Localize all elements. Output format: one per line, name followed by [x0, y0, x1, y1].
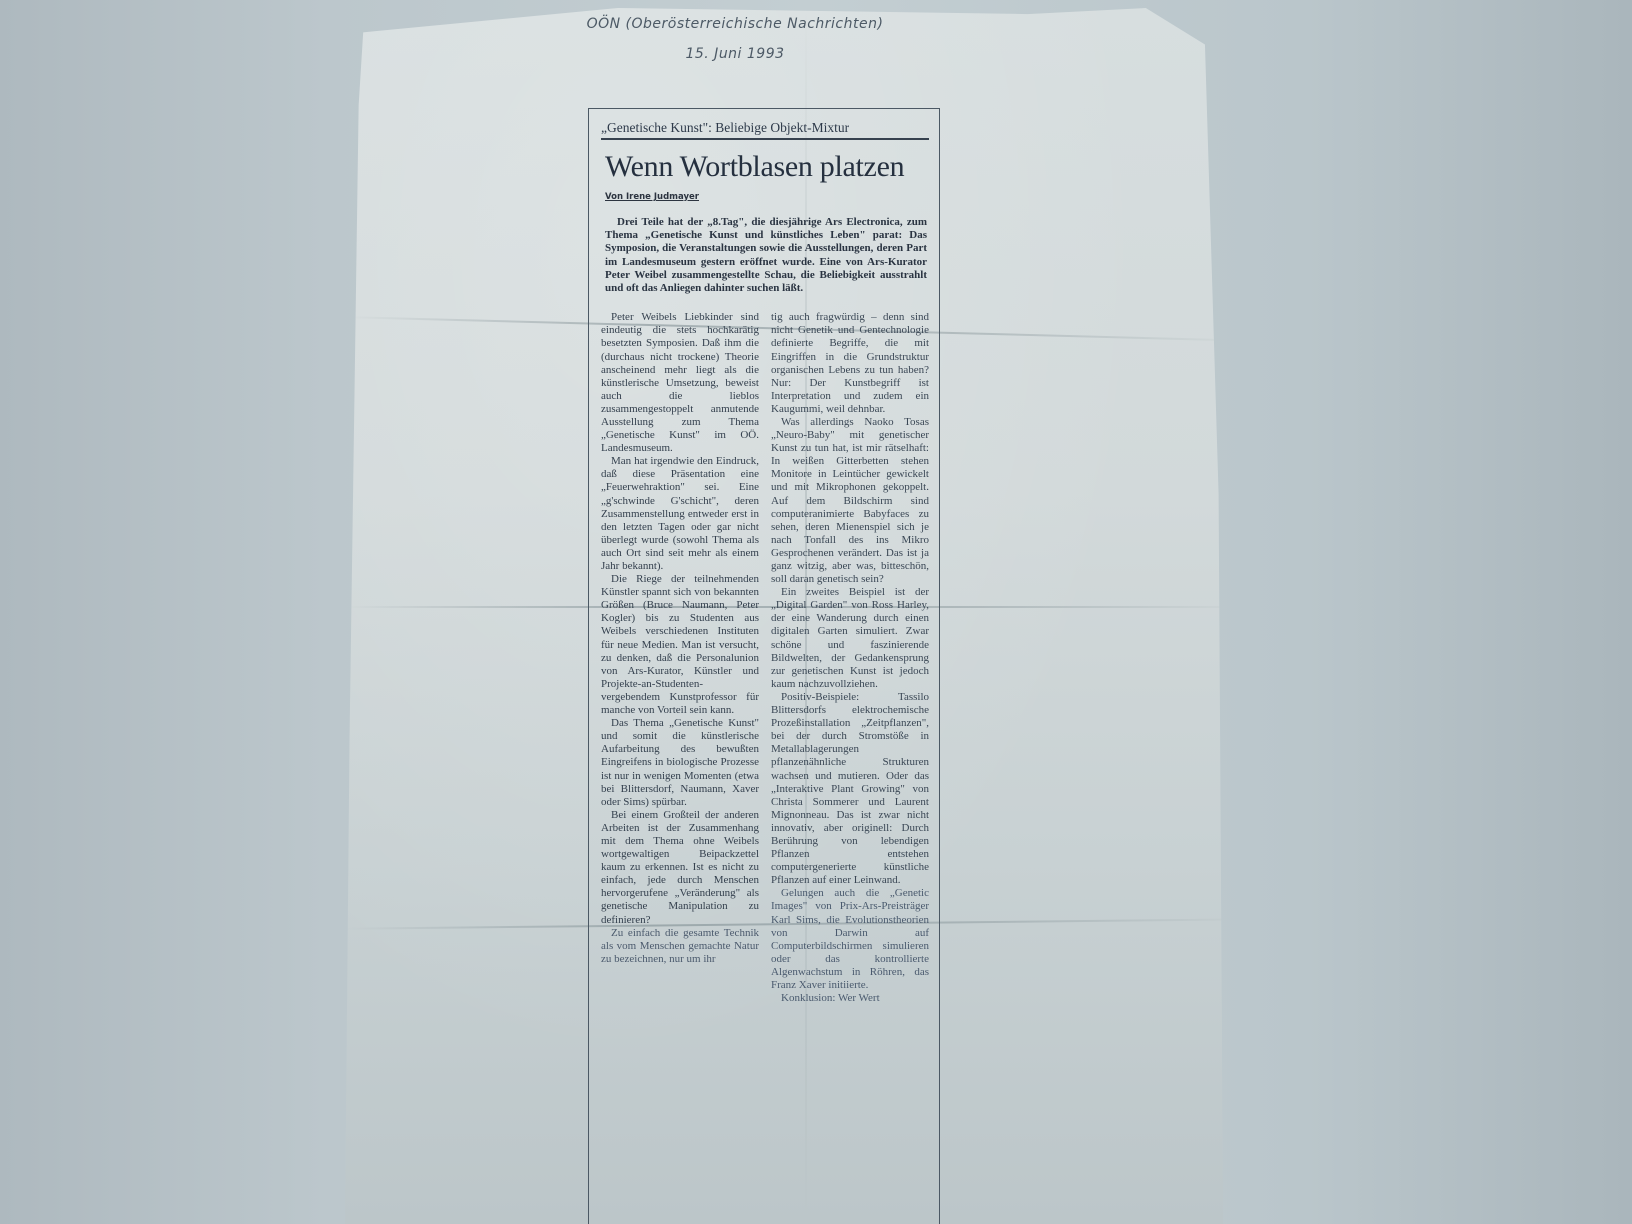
- paragraph: Zu einfach die gesamte Technik als vom M…: [601, 927, 759, 966]
- article-byline: Von Irene Judmayer: [605, 192, 939, 202]
- paragraph: Konklusion: Wer Wert: [771, 992, 929, 1005]
- article-column-right: tig auch fragwürdig – denn sind nicht Ge…: [771, 311, 929, 1005]
- article-headline: Wenn Wortblasen platzen: [605, 150, 929, 184]
- publication-name: OÖN (Oberösterreichische Nachrichten): [587, 16, 884, 32]
- article-body: Peter Weibels Liebkinder sind eindeutig …: [601, 311, 929, 1005]
- paragraph: Peter Weibels Liebkinder sind eindeutig …: [601, 311, 759, 455]
- paragraph: Die Riege der teilnehmenden Künstler spa…: [601, 573, 759, 717]
- publication-date: 15. Juni 1993: [560, 46, 910, 62]
- paragraph: Gelungen auch die „Genetic Images" von P…: [771, 887, 929, 992]
- article-column-left: Peter Weibels Liebkinder sind eindeutig …: [601, 311, 759, 1005]
- paragraph: Was allerdings Naoko Tosas „Neuro-Baby" …: [771, 416, 929, 586]
- paragraph: Positiv-Beispiele: Tassilo Blittersdorfs…: [771, 691, 929, 887]
- article-lead: Drei Teile hat der „8.Tag", die diesjähr…: [605, 216, 927, 295]
- article-clipping: „Genetische Kunst": Beliebige Objekt-Mix…: [588, 108, 940, 1224]
- paragraph: Ein zweites Beispiel ist der „Digital Ga…: [771, 586, 929, 691]
- paragraph: Bei einem Großteil der anderen Arbeiten …: [601, 809, 759, 927]
- paragraph: tig auch fragwürdig – denn sind nicht Ge…: [771, 311, 929, 416]
- paragraph: Man hat irgendwie den Eindruck, daß dies…: [601, 455, 759, 573]
- source-annotation: OÖN (Oberösterreichische Nachrichten) 15…: [560, 16, 910, 62]
- article-kicker: „Genetische Kunst": Beliebige Objekt-Mix…: [601, 120, 929, 140]
- paragraph: Das Thema „Genetische Kunst" und somit d…: [601, 717, 759, 809]
